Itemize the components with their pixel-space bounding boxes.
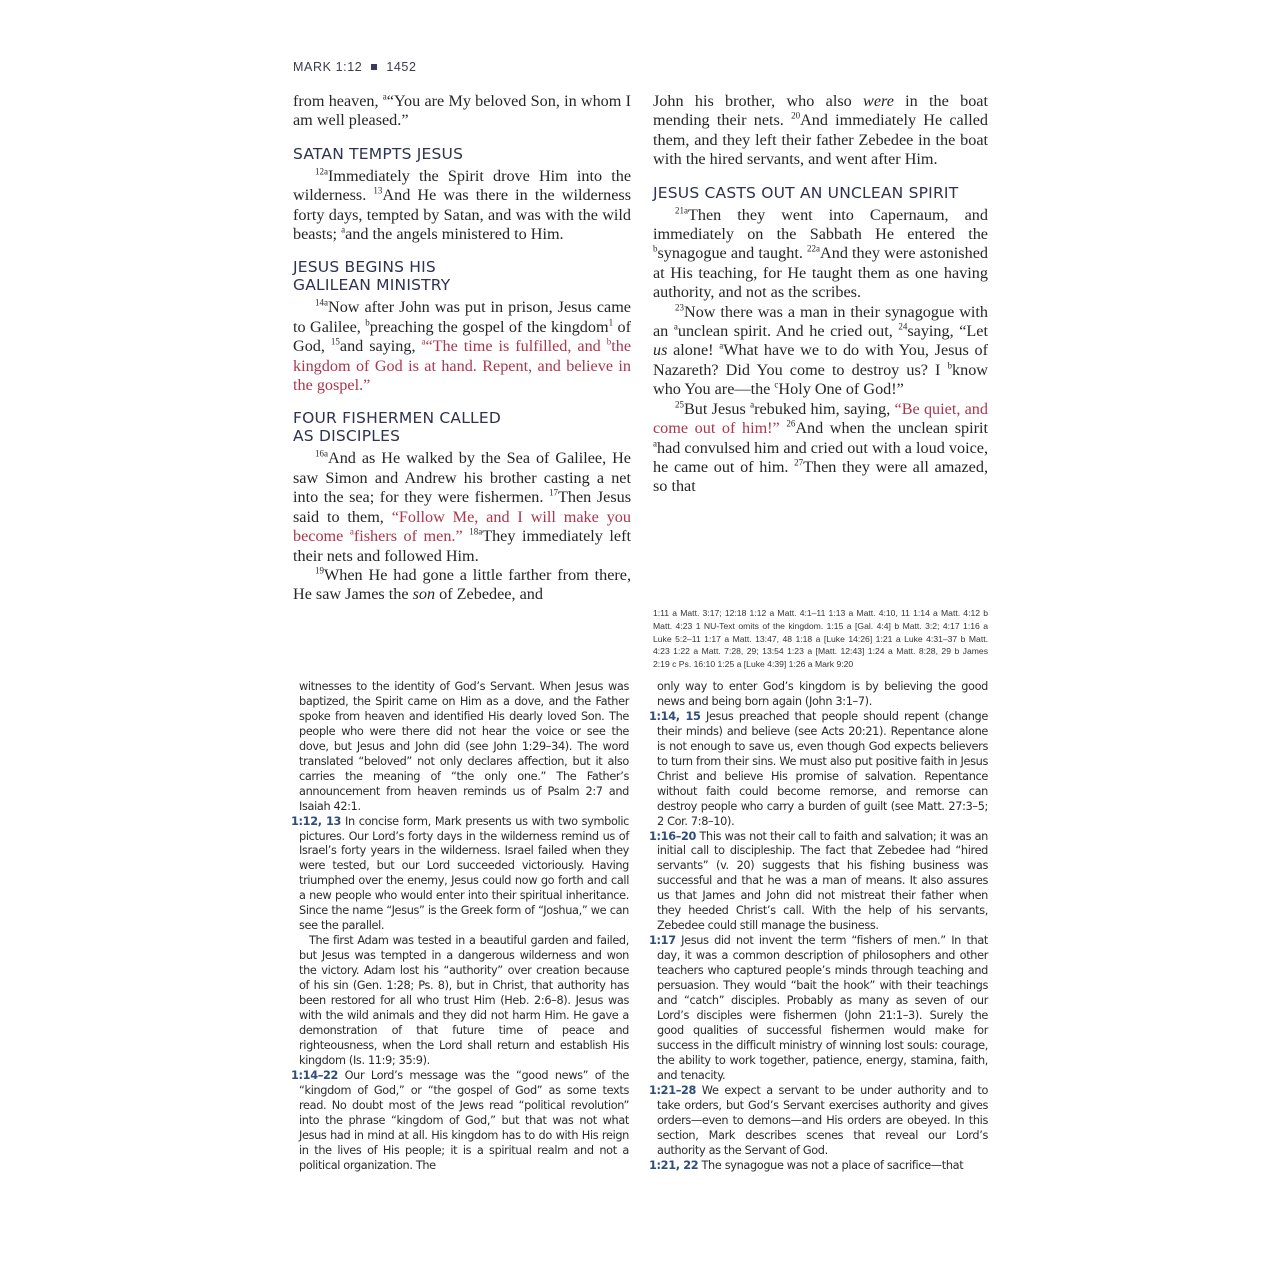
study-note: 1:12, 13 In concise form, Mark presents … xyxy=(293,815,629,935)
words-of-christ: fishers of men.” xyxy=(354,527,463,545)
section-heading: JESUS CASTS OUT AN UNCLEAN SPIRIT xyxy=(653,184,988,202)
verse-paragraph: 19When He had gone a little farther from… xyxy=(293,566,631,605)
note-reference: 1:12, 13 xyxy=(291,815,341,828)
verse-paragraph: John his brother, who also were in the b… xyxy=(653,92,988,170)
words-of-christ: “The time is fulfilled, and xyxy=(425,337,606,355)
study-note: only way to enter God’s kingdom is by be… xyxy=(651,680,988,710)
bible-page: MARK 1:121452 from heaven, a“You are My … xyxy=(293,60,988,82)
note-reference: 1:14–22 xyxy=(291,1069,338,1082)
section-heading: JESUS BEGINS HISGALILEAN MINISTRY xyxy=(293,258,631,294)
separator-square-icon xyxy=(371,64,377,70)
verse-paragraph: 16aAnd as He walked by the Sea of Galile… xyxy=(293,449,631,565)
scripture-column-left: from heaven, a“You are My beloved Son, i… xyxy=(293,92,631,605)
note-reference: 1:21–28 xyxy=(649,1084,696,1097)
verse-paragraph: 12aImmediately the Spirit drove Him into… xyxy=(293,167,631,245)
note-reference: 1:14, 15 xyxy=(649,710,700,723)
study-note: 1:17 Jesus did not invent the term “fish… xyxy=(651,934,988,1084)
note-reference: 1:17 xyxy=(649,934,676,947)
section-heading: FOUR FISHERMEN CALLEDAS DISCIPLES xyxy=(293,409,631,445)
book-reference: MARK 1:12 xyxy=(293,60,362,74)
verse-paragraph: 23Now there was a man in their synagogue… xyxy=(653,303,988,400)
page-number: 1452 xyxy=(386,60,416,74)
study-note: The first Adam was tested in a beautiful… xyxy=(293,934,629,1069)
verse-paragraph: from heaven, a“You are My beloved Son, i… xyxy=(293,92,631,131)
verse-paragraph: 21aThen they went into Capernaum, and im… xyxy=(653,206,988,303)
note-reference: 1:16–20 xyxy=(649,830,696,843)
scripture-column-right: John his brother, who also were in the b… xyxy=(653,92,988,497)
study-note: 1:14, 15 Jesus preached that people shou… xyxy=(651,710,988,830)
study-note: 1:21, 22 The synagogue was not a place o… xyxy=(651,1159,988,1174)
study-note: 1:14–22 Our Lord’s message was the “good… xyxy=(293,1069,629,1174)
study-note: witnesses to the identity of God’s Serva… xyxy=(293,680,629,815)
verse-paragraph: 14aNow after John was put in prison, Jes… xyxy=(293,298,631,395)
study-notes-column-right: only way to enter God’s kingdom is by be… xyxy=(651,680,988,1173)
section-heading: SATAN TEMPTS JESUS xyxy=(293,145,631,163)
cross-references: 1:11 a Matt. 3:17; 12:18 1:12 a Matt. 4:… xyxy=(653,607,988,671)
study-notes-column-left: witnesses to the identity of God’s Serva… xyxy=(293,680,629,1173)
running-header: MARK 1:121452 xyxy=(293,60,988,82)
study-note: 1:21–28 We expect a servant to be under … xyxy=(651,1084,988,1159)
note-reference: 1:21, 22 xyxy=(649,1159,698,1172)
verse-paragraph: 25But Jesus arebuked him, saying, “Be qu… xyxy=(653,400,988,497)
study-note: 1:16–20 This was not their call to faith… xyxy=(651,830,988,935)
